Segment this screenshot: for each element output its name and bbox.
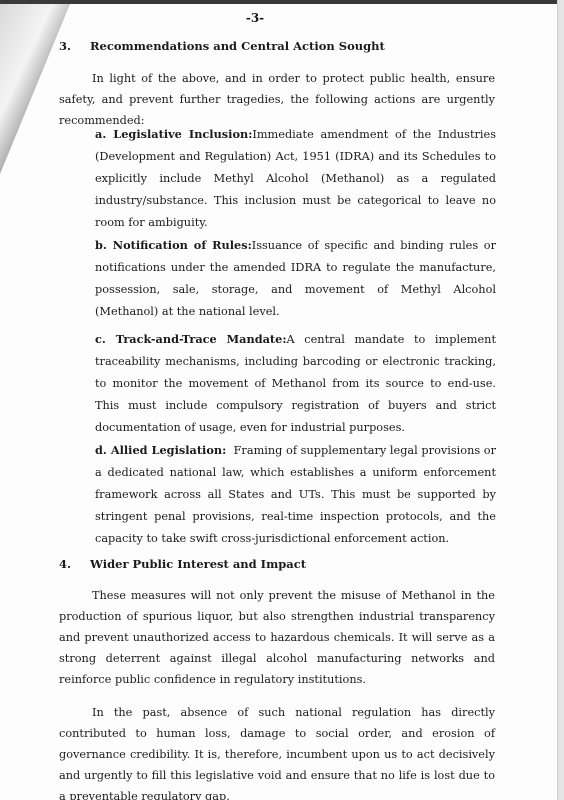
item-label: b. Notification of Rules: [95, 238, 252, 252]
recommendation-b: b. Notification of Rules:Issuance of spe… [95, 234, 496, 323]
item-label: a. Legislative Inclusion: [95, 127, 252, 141]
document-page: -3- 3.Recommendations and Central Action… [0, 0, 558, 800]
section-title: Recommendations and Central Action Sough… [90, 39, 385, 53]
item-text: Immediate amendment of the Industries (D… [95, 128, 496, 229]
section-4-paragraph-1: These measures will not only prevent the… [59, 585, 495, 690]
section-4-heading: 4.Wider Public Interest and Impact [59, 557, 306, 571]
page-number: -3- [0, 11, 510, 25]
item-text: A central mandate to implement traceabil… [95, 333, 496, 434]
item-text: Framing of supplementary legal provision… [95, 444, 496, 545]
section-4-paragraph-2: In the past, absence of such national re… [59, 702, 495, 800]
section-3-heading: 3.Recommendations and Central Action Sou… [59, 39, 385, 53]
section-3-intro: In light of the above, and in order to p… [59, 68, 495, 131]
item-label: d. Allied Legislation: [95, 443, 226, 457]
recommendation-c: c. Track-and-Trace Mandate:A central man… [95, 328, 496, 439]
section-number: 3. [59, 39, 90, 53]
right-page-edge [557, 0, 564, 800]
recommendation-a: a. Legislative Inclusion:Immediate amend… [95, 123, 496, 234]
recommendation-d: d. Allied Legislation: Framing of supple… [95, 439, 496, 550]
section-number: 4. [59, 557, 90, 571]
section-title: Wider Public Interest and Impact [90, 557, 306, 571]
item-label: c. Track-and-Trace Mandate: [95, 332, 287, 346]
